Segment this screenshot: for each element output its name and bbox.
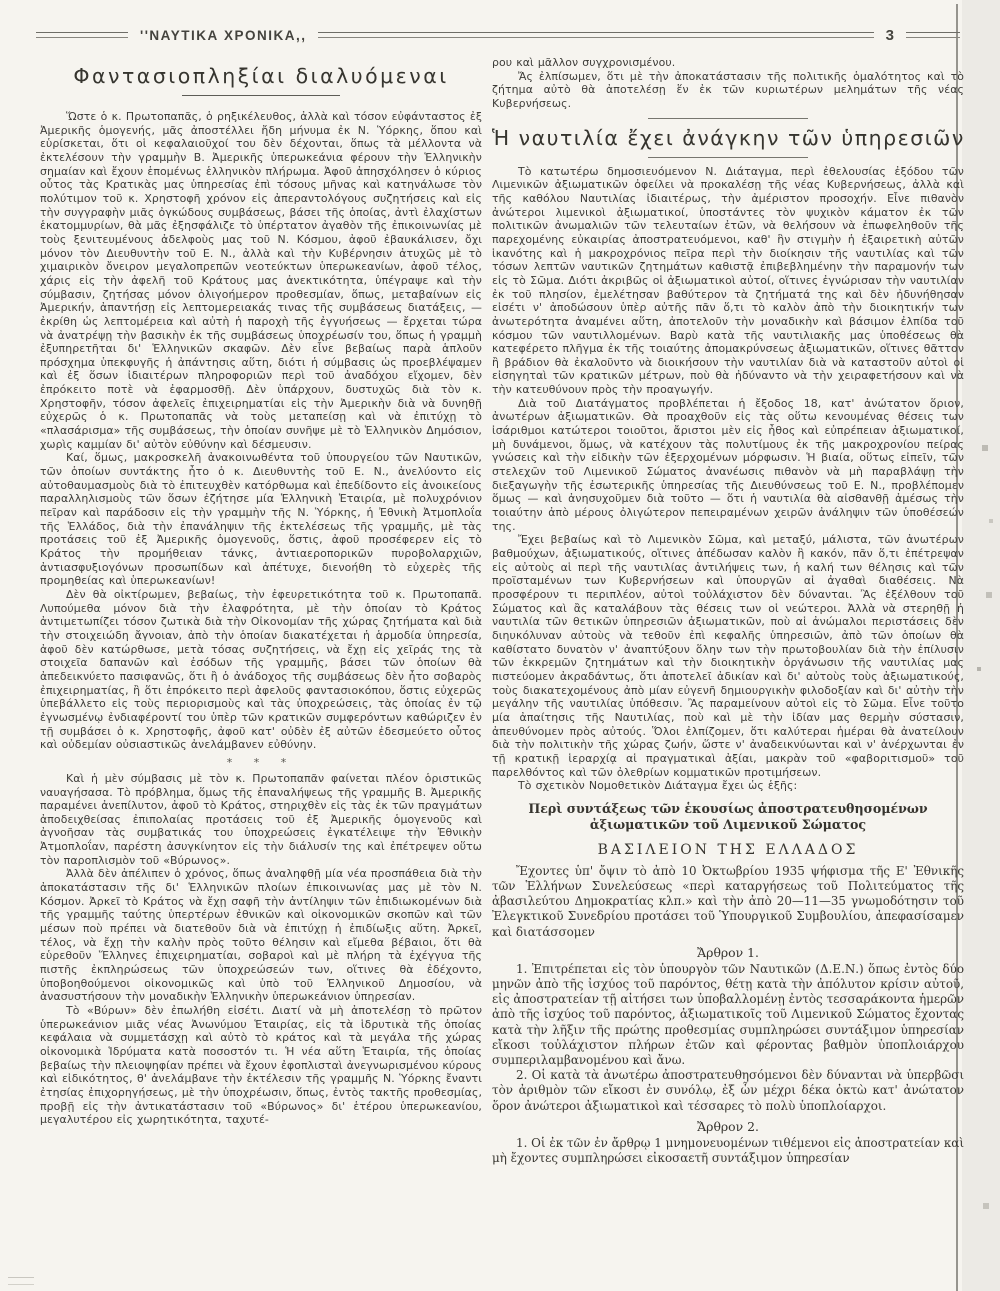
decree-article1-par1: 1. Ἐπιτρέπεται εἰς τὸν ὑπουργὸν τῶν Ναυτ… xyxy=(492,962,964,1068)
left-paragraph: Καί, ὅμως, μακροσκελῆ ἀνακοινωθέντα τοῦ … xyxy=(40,451,482,588)
decree-article1-par2: 2. Οἱ κατὰ τὰ ἀνωτέρω ἀποστρατευθησόμενο… xyxy=(492,1068,964,1114)
scan-speckles xyxy=(0,0,2,2)
masthead-title: ''ΝΑΥΤΙΚΑ ΧΡΟΝΙΚΑ,, xyxy=(140,28,306,43)
left-paragraph: Ὥστε ὁ κ. Πρωτοπαπᾶς, ὁ ρηξικέλευθος, ἀλ… xyxy=(40,110,482,451)
right-article-headline: Ἡ ναυτιλία ἔχει ἀνάγκην τῶν ὑπηρεσιῶν τω… xyxy=(492,126,964,150)
header-rule-right xyxy=(906,32,960,38)
right-paragraph: Τὸ κατωτέρω δημοσιευόμενον Ν. Διάταγμα, … xyxy=(492,165,964,397)
header-rule-middle xyxy=(318,32,873,38)
decree-kingdom-heading: ΒΑΣΙΛΕΙΟΝ ΤΗΣ ΕΛΛΑΔΟΣ xyxy=(492,842,964,858)
decree-article1-heading: Ἄρθρον 1. xyxy=(492,945,964,960)
decree-preamble: Ἔχοντες ὑπ' ὄψιν τὸ ἀπὸ 10 Ὀκτωβρίου 193… xyxy=(492,864,964,940)
header-rule-left xyxy=(36,32,128,38)
right-paragraph: Διὰ τοῦ Διατάγματος προβλέπεται ἡ ἔξοδος… xyxy=(492,397,964,534)
decree-article2-par1: 1. Οἱ ἐκ τῶν ἐν ἄρθρῳ 1 μνημονευομένων τ… xyxy=(492,1136,964,1166)
headline-underline-rule xyxy=(648,157,808,158)
closing-paragraph: Ἄς ἐλπίσωμεν, ὅτι μὲ τὴν ἀποκατάστασιν τ… xyxy=(492,70,964,111)
decree-article2-heading: Ἄρθρον 2. xyxy=(492,1119,964,1134)
masthead-row: ''ΝΑΥΤΙΚΑ ΧΡΟΝΙΚΑ,, 3 xyxy=(36,27,960,43)
left-paragraph: Ἀλλὰ δὲν ἀπέλιπεν ὁ χρόνος, ὅπως ἀναληφθ… xyxy=(40,867,482,1004)
decree-block: Περὶ συντάξεως τῶν ἑκουσίως ἀποστρατευθη… xyxy=(492,801,964,1166)
section-separator: * * * xyxy=(40,756,482,769)
continuation-line: ρου καὶ μᾶλλον συγχρονισμένου. xyxy=(492,56,964,70)
decree-subtitle-line1: Περὶ συντάξεως τῶν ἑκουσίως ἀποστρατευθη… xyxy=(492,801,964,817)
decree-lead-in: Τὸ σχετικὸν Νομοθετικὸν Διάταγμα ἔχει ὡς… xyxy=(492,779,964,793)
scan-margin-strip xyxy=(962,0,1000,1291)
scan-artifact xyxy=(8,1277,34,1285)
left-paragraph: Δὲν θὰ οἰκτίρωμεν, βεβαίως, τὴν ἐφευρετι… xyxy=(40,588,482,752)
left-column: Φαντασιοπληξίαι διαλυόμεναι Ὥστε ὁ κ. Πρ… xyxy=(40,64,482,1250)
right-column: ρου καὶ μᾶλλον συγχρονισμένου. Ἄς ἐλπίσω… xyxy=(492,56,964,1284)
newspaper-page: ''ΝΑΥΤΙΚΑ ΧΡΟΝΙΚΑ,, 3 Φαντασιοπληξίαι δι… xyxy=(0,0,1000,1291)
left-paragraph: Τὸ «Βύρων» δὲν ἐπωλήθη εἰσέτι. Διατί νὰ … xyxy=(40,1004,482,1127)
left-article-title: Φαντασιοπληξίαι διαλυόμεναι xyxy=(40,64,482,88)
decree-subtitle-line2: ἀξιωματικῶν τοῦ Λιμενικοῦ Σώματος xyxy=(492,817,964,833)
left-paragraph: Καὶ ἡ μὲν σύμβασις μὲ τὸν κ. Πρωτοπαπᾶν … xyxy=(40,772,482,868)
page-number: 3 xyxy=(886,27,894,44)
article-divider-rule xyxy=(648,118,808,119)
right-paragraph: Ἔχει βεβαίως καὶ τὸ Λιμενικὸν Σῶμα, καὶ … xyxy=(492,533,964,779)
title-underline xyxy=(182,95,340,96)
